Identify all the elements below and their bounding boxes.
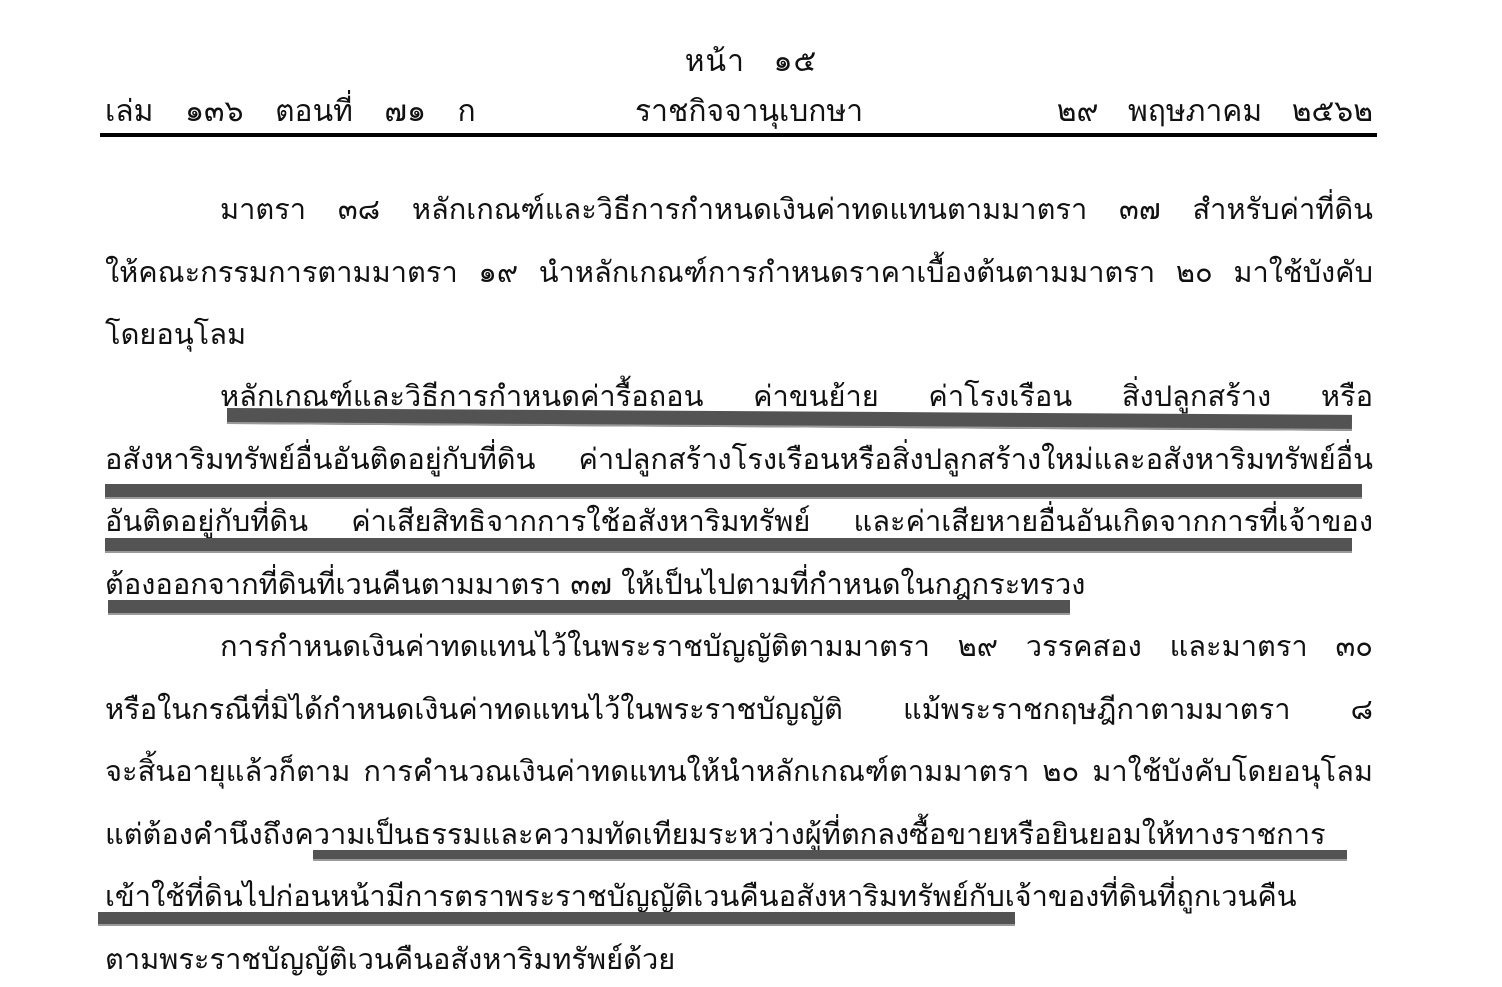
- highlight-bar: [105, 538, 1352, 553]
- paragraph-section-38: มาตรา ๓๘ หลักเกณฑ์และวิธีการกำหนดเงินค่า…: [105, 178, 1373, 366]
- highlight-bar: [98, 912, 1015, 926]
- header-divider: [100, 133, 1377, 137]
- text-line: หรือในกรณีที่มิได้กำหนดเงินค่าทดแทนไว้ใน…: [105, 678, 1373, 741]
- highlight-bar: [108, 600, 1070, 615]
- text-line: มาตรา ๓๘ หลักเกณฑ์และวิธีการกำหนดเงินค่า…: [105, 178, 1373, 241]
- gazette-header: เล่ม ๑๓๖ ตอนที่ ๗๑ ก ราชกิจจานุเบกษา ๒๙ …: [105, 88, 1373, 128]
- paragraph-compensation: การกำหนดเงินค่าทดแทนไว้ในพระราชบัญญัติตา…: [105, 615, 1373, 987]
- highlight-bar: [313, 850, 1347, 861]
- highlight-bar: [105, 484, 1362, 499]
- publication-title: ราชกิจจานุเบกษา: [635, 88, 863, 135]
- text-line: ตามพระราชบัญญัติเวนคืนอสังหาริมทรัพย์ด้ว…: [105, 928, 1373, 987]
- text-line: การกำหนดเงินค่าทดแทนไว้ในพระราชบัญญัติตา…: [105, 615, 1373, 678]
- text-line: โดยอนุโลม: [105, 303, 1373, 366]
- page-number: หน้า ๑๕: [0, 38, 1502, 85]
- text-line: อสังหาริมทรัพย์อื่นอันติดอยู่กับที่ดิน ค…: [105, 428, 1373, 491]
- text-line: ให้คณะกรรมการตามมาตรา ๑๙ นำหลักเกณฑ์การก…: [105, 241, 1373, 304]
- volume-issue: เล่ม ๑๓๖ ตอนที่ ๗๑ ก: [105, 88, 476, 135]
- text-line: จะสิ้นอายุแล้วก็ตาม การคำนวณเงินค่าทดแทน…: [105, 740, 1373, 803]
- publication-date: ๒๙ พฤษภาคม ๒๕๖๒: [1057, 88, 1373, 135]
